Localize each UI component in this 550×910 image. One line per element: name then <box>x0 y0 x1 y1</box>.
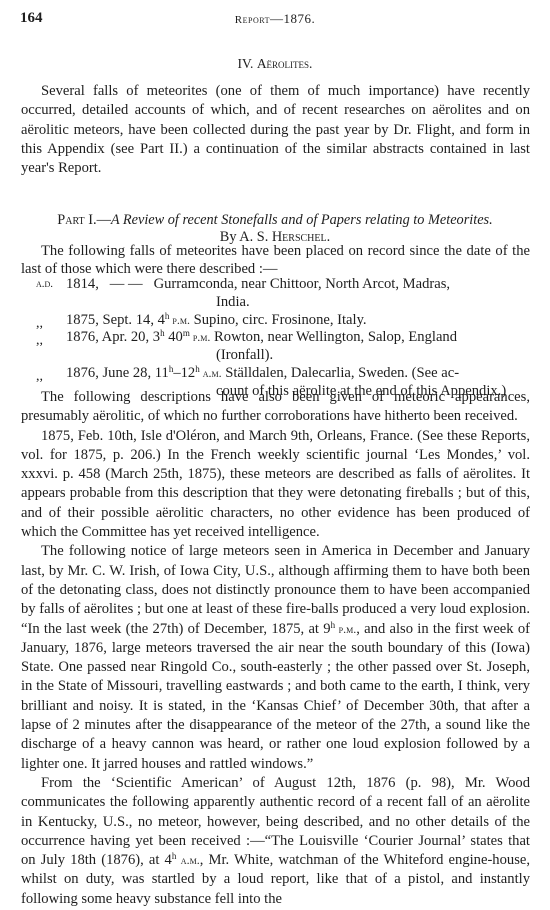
falls-intro-paragraph: The following falls of meteorites have b… <box>21 242 530 278</box>
kentucky-paragraph: From the ‘Scientific American’ of August… <box>21 774 530 909</box>
document-page: 164 Report—1876. IV. Aërolites. Several … <box>0 0 550 910</box>
running-title: Report—1876. <box>20 11 530 27</box>
part-heading-line: Part I.—A Review of recent Stonefalls an… <box>20 212 530 229</box>
intro-paragraph: Several falls of meteorites (one of them… <box>21 82 530 178</box>
main-text-block: The following descriptions have also bee… <box>21 388 530 909</box>
descriptions-paragraph: The following descriptions have also bee… <box>21 388 530 427</box>
part-heading: Part I.—A Review of recent Stonefalls an… <box>20 212 530 246</box>
fall-place: Supino, circ. Frosinone, Italy. <box>194 312 367 328</box>
ditto-mark: ,, <box>36 332 66 350</box>
ditto-mark: ,, <box>36 368 66 386</box>
fall-ampm: a.m. <box>200 366 222 380</box>
fall-date: 1875, Sept. 14, 4 <box>66 312 165 328</box>
falls-list: a.d. 1814, — — Gurramconda, near Chittoo… <box>36 276 530 401</box>
running-head: 164 Report—1876. <box>20 10 530 30</box>
fall-continuation: India. <box>66 294 530 312</box>
running-title-prefix: Report <box>235 14 270 26</box>
fall-entry: ,, 1875, Sept. 14, 4h p.m. Supino, circ.… <box>36 312 530 330</box>
section-title: IV. Aërolites. <box>0 56 550 72</box>
fall-place: Ställdalen, Dalecarlia, Sweden. (See ac- <box>225 365 459 381</box>
section-numeral: IV. <box>238 56 254 71</box>
iowa-time: p.m. <box>335 622 356 636</box>
part-title: A Review of recent Stonefalls and of Pap… <box>111 212 493 228</box>
fall-place: Gurramconda, near Chittoor, North Arcot,… <box>154 276 450 292</box>
intro-paragraph-block: Several falls of meteorites (one of them… <box>21 82 530 178</box>
part-dash: — <box>97 212 111 228</box>
oleron-paragraph: 1875, Feb. 10th, Isle d'Oléron, and Marc… <box>21 427 530 543</box>
fall-ampm: p.m. <box>190 330 211 344</box>
section-name: Aërolites. <box>257 56 313 71</box>
fall-time: p.m. <box>169 313 190 327</box>
fall-place: Rowton, near Wellington, Salop, England <box>214 329 457 345</box>
fall-date: 1876, Apr. 20, 3 <box>66 329 160 345</box>
fall-date: 1876, June 28, 11 <box>66 365 169 381</box>
fall-entry: a.d. 1814, — — Gurramconda, near Chittoo… <box>36 276 530 312</box>
fall-time: 40 <box>165 329 183 345</box>
fall-prefix: a.d. <box>36 276 66 294</box>
iowa-paragraph: The following notice of large meteors se… <box>21 542 530 774</box>
running-title-suffix: —1876. <box>270 11 315 26</box>
iowa-text-2: , and also in the first week of January,… <box>21 621 530 772</box>
fall-entry: ,, 1876, Apr. 20, 3h 40m p.m. Rowton, ne… <box>36 329 530 365</box>
kentucky-time: a.m. <box>176 853 199 867</box>
fall-time: –12 <box>173 365 195 381</box>
fall-date: 1814, <box>66 276 99 292</box>
part-label: Part I. <box>57 212 96 228</box>
fall-continuation: (Ironfall). <box>66 347 530 365</box>
fall-time: — — <box>110 276 143 292</box>
falls-intro-block: The following falls of meteorites have b… <box>21 242 530 278</box>
minute-sup: m <box>183 328 190 338</box>
